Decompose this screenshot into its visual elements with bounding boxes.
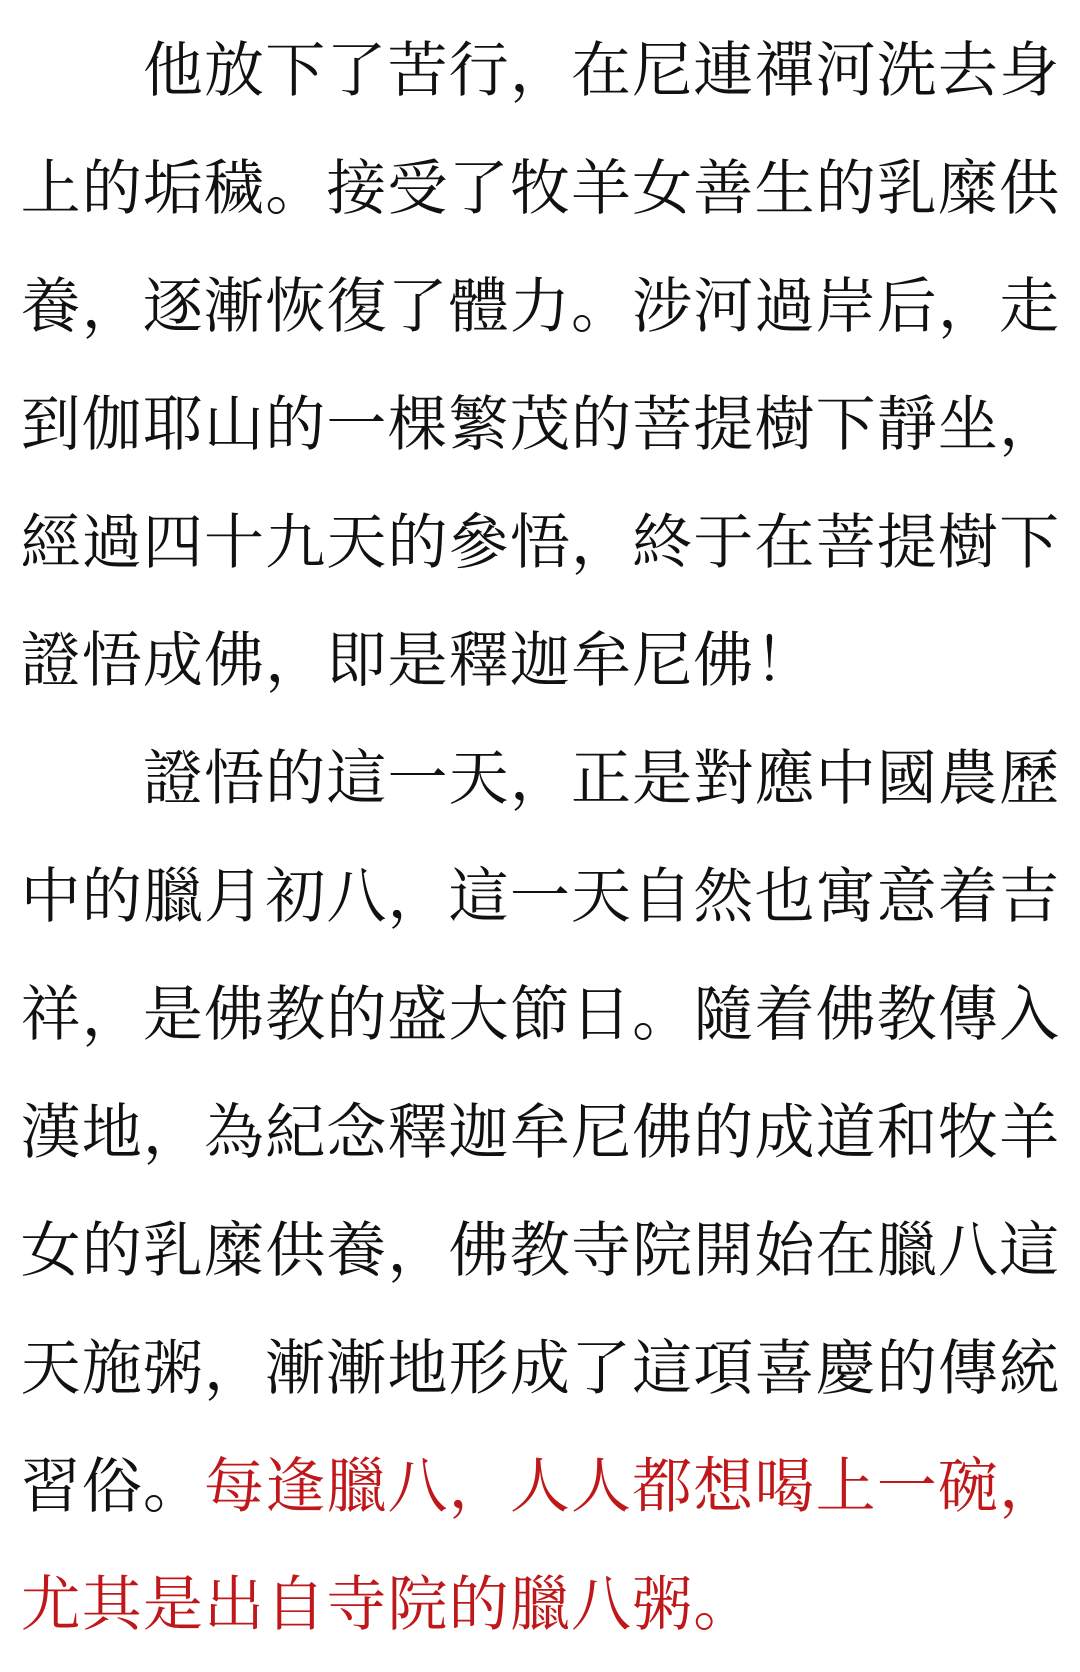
char: 。 <box>570 277 631 337</box>
char: 生 <box>754 159 815 219</box>
char: 出 <box>203 1575 264 1635</box>
char: 地 <box>81 1103 142 1163</box>
char: 了 <box>570 1339 631 1399</box>
char: 教 <box>509 1221 570 1281</box>
char: 的 <box>326 985 387 1045</box>
char: 迦 <box>448 1103 509 1163</box>
char: 終 <box>632 513 693 573</box>
indent-space <box>20 41 81 101</box>
char: 和 <box>876 1103 937 1163</box>
char: 佛 <box>632 1103 693 1163</box>
char: 行 <box>448 41 509 101</box>
document-page: 他放下了苦行，在尼連禪河洗去身上的垢穢。接受了牧羊女善生的乳糜供養，逐漸恢復了體… <box>0 0 1080 1672</box>
char: 臘 <box>876 1221 937 1281</box>
char: 應 <box>754 749 815 809</box>
char: 國 <box>876 749 937 809</box>
char: 體 <box>448 277 509 337</box>
char: 善 <box>693 159 754 219</box>
char: 傳 <box>937 1339 998 1399</box>
char: 天 <box>570 867 631 927</box>
char: 牟 <box>570 631 631 691</box>
char: 教 <box>265 985 326 1045</box>
char: 。 <box>632 985 693 1045</box>
char: ， <box>265 631 326 691</box>
char: 是 <box>142 985 203 1045</box>
char: 尼 <box>570 1103 631 1163</box>
char: 牧 <box>509 159 570 219</box>
char: 對 <box>693 749 754 809</box>
char: 自 <box>265 1575 326 1635</box>
char: 身 <box>999 41 1060 101</box>
char: 地 <box>387 1339 448 1399</box>
char: 成 <box>142 631 203 691</box>
char: 走 <box>999 277 1060 337</box>
char: 是 <box>142 1575 203 1635</box>
char: 粥 <box>142 1339 203 1399</box>
char: 菩 <box>632 395 693 455</box>
char: ， <box>448 1457 509 1517</box>
char: 都 <box>632 1457 693 1517</box>
char: 河 <box>693 277 754 337</box>
char: 九 <box>265 513 326 573</box>
char: 供 <box>265 1221 326 1281</box>
char: 碗 <box>937 1457 998 1517</box>
char: 這 <box>999 1221 1060 1281</box>
char: 喜 <box>754 1339 815 1399</box>
char: 河 <box>815 41 876 101</box>
char: 穢 <box>203 159 264 219</box>
char: 這 <box>632 1339 693 1399</box>
char: 盛 <box>387 985 448 1045</box>
char: 他 <box>142 41 203 101</box>
char: 着 <box>937 867 998 927</box>
text-line: 女的乳糜供養，佛教寺院開始在臘八這 <box>20 1192 1060 1310</box>
char: 菩 <box>815 513 876 573</box>
char: 佛 <box>203 631 264 691</box>
char: 在 <box>754 513 815 573</box>
char: 漢 <box>20 1103 81 1163</box>
char: 俗 <box>81 1457 142 1517</box>
char: 的 <box>876 1339 937 1399</box>
char: 隨 <box>693 985 754 1045</box>
char: 四 <box>142 513 203 573</box>
char: 八 <box>326 867 387 927</box>
char: 佛 <box>203 985 264 1045</box>
char: 日 <box>570 985 631 1045</box>
char: 歷 <box>999 749 1060 809</box>
char: 天 <box>326 513 387 573</box>
char: 統 <box>999 1339 1060 1399</box>
char: 自 <box>632 867 693 927</box>
char: 祥 <box>20 985 81 1045</box>
char: 洗 <box>876 41 937 101</box>
char: 供 <box>999 159 1060 219</box>
char: 臘 <box>509 1575 570 1635</box>
char: 女 <box>20 1221 81 1281</box>
char: 岸 <box>815 277 876 337</box>
char: 漸 <box>326 1339 387 1399</box>
char: 月 <box>203 867 264 927</box>
char: 提 <box>693 395 754 455</box>
char: 了 <box>387 277 448 337</box>
char: 八 <box>387 1457 448 1517</box>
char: 乳 <box>142 1221 203 1281</box>
char: 道 <box>815 1103 876 1163</box>
text-line: 漢地，為紀念釋迦牟尼佛的成道和牧羊 <box>20 1074 1060 1192</box>
char: 項 <box>693 1339 754 1399</box>
char: 的 <box>81 1221 142 1281</box>
char: 着 <box>754 985 815 1045</box>
char: 牟 <box>509 1103 570 1163</box>
char: 意 <box>876 867 937 927</box>
char: 的 <box>815 159 876 219</box>
char: ， <box>387 867 448 927</box>
char: 佛 <box>693 631 754 691</box>
indent-space <box>20 749 81 809</box>
text-line: 他放下了苦行，在尼連禪河洗去身 <box>20 12 1060 130</box>
char: 始 <box>754 1221 815 1281</box>
char: ， <box>142 1103 203 1163</box>
char: 一 <box>387 749 448 809</box>
char: 乳 <box>876 159 937 219</box>
char: 到 <box>20 395 81 455</box>
char: 經 <box>20 513 81 573</box>
char: 寺 <box>326 1575 387 1635</box>
char: 羊 <box>570 159 631 219</box>
char: 釋 <box>387 1103 448 1163</box>
char: 一 <box>876 1457 937 1517</box>
char: 參 <box>448 513 509 573</box>
char: 漸 <box>265 1339 326 1399</box>
char: 一 <box>326 395 387 455</box>
char: 中 <box>20 867 81 927</box>
text-line: 習俗。每逢臘八，人人都想喝上一碗， <box>20 1428 1060 1546</box>
char: ， <box>570 513 631 573</box>
char: 放 <box>203 41 264 101</box>
char: 悟 <box>203 749 264 809</box>
char: 人 <box>570 1457 631 1517</box>
char: 尼 <box>632 41 693 101</box>
char: 養 <box>326 1221 387 1281</box>
text-line: 經過四十九天的參悟，終于在菩提樹下 <box>20 484 1060 602</box>
char: 初 <box>265 867 326 927</box>
char: 逢 <box>265 1457 326 1517</box>
char: 茂 <box>509 395 570 455</box>
char: 。 <box>142 1457 203 1517</box>
text-line: 中的臘月初八，這一天自然也寓意着吉 <box>20 838 1060 956</box>
char: 悟 <box>81 631 142 691</box>
char: 接 <box>326 159 387 219</box>
char: 釋 <box>448 631 509 691</box>
text-body: 他放下了苦行，在尼連禪河洗去身上的垢穢。接受了牧羊女善生的乳糜供養，逐漸恢復了體… <box>20 12 1060 1664</box>
char: 下 <box>265 41 326 101</box>
char: 正 <box>570 749 631 809</box>
char: 節 <box>509 985 570 1045</box>
char: 然 <box>693 867 754 927</box>
char: 力 <box>509 277 570 337</box>
text-line: 天施粥，漸漸地形成了這項喜慶的傳統 <box>20 1310 1060 1428</box>
char: 粥 <box>632 1575 693 1635</box>
char: 吉 <box>999 867 1060 927</box>
char: 在 <box>570 41 631 101</box>
char: ， <box>81 277 142 337</box>
char: 下 <box>999 513 1060 573</box>
indent-space <box>81 41 142 101</box>
char: 佛 <box>448 1221 509 1281</box>
char: 的 <box>265 395 326 455</box>
char: ， <box>999 395 1060 455</box>
char: 的 <box>693 1103 754 1163</box>
char: 的 <box>81 867 142 927</box>
char: 的 <box>387 513 448 573</box>
char: ， <box>937 277 998 337</box>
char: 樹 <box>937 513 998 573</box>
char: 。 <box>265 159 326 219</box>
char: 棵 <box>387 395 448 455</box>
char: 每 <box>203 1457 264 1517</box>
char: 提 <box>876 513 937 573</box>
char: 后 <box>876 277 937 337</box>
char: 過 <box>754 277 815 337</box>
char: 農 <box>937 749 998 809</box>
char: 這 <box>326 749 387 809</box>
char: 靜 <box>876 395 937 455</box>
char: 恢 <box>265 277 326 337</box>
char: 漸 <box>203 277 264 337</box>
char: 糜 <box>937 159 998 219</box>
char: 的 <box>448 1575 509 1635</box>
char: 的 <box>265 749 326 809</box>
char: ， <box>509 41 570 101</box>
char: 喝 <box>754 1457 815 1517</box>
text-line: 祥，是佛教的盛大節日。隨着佛教傳入 <box>20 956 1060 1074</box>
char: ， <box>81 985 142 1045</box>
char: 傳 <box>937 985 998 1045</box>
char: 尼 <box>632 631 693 691</box>
char: 養 <box>20 277 81 337</box>
char: 臘 <box>326 1457 387 1517</box>
char: 臘 <box>142 867 203 927</box>
char: 這 <box>448 867 509 927</box>
char: 八 <box>570 1575 631 1635</box>
char: 即 <box>326 631 387 691</box>
char: 紀 <box>265 1103 326 1163</box>
text-line: 養，逐漸恢復了體力。涉河過岸后，走 <box>20 248 1060 366</box>
char: 樹 <box>754 395 815 455</box>
indent-space <box>81 749 142 809</box>
char: 成 <box>754 1103 815 1163</box>
char: 逐 <box>142 277 203 337</box>
char: 開 <box>693 1221 754 1281</box>
char: 的 <box>81 159 142 219</box>
char: 尤 <box>20 1575 81 1635</box>
char: 院 <box>387 1575 448 1635</box>
char: 入 <box>999 985 1060 1045</box>
text-line: 證悟成佛，即是釋迦牟尼佛！ <box>20 602 1060 720</box>
char: 天 <box>20 1339 81 1399</box>
char: 上 <box>20 159 81 219</box>
char: 八 <box>937 1221 998 1281</box>
char: 悟 <box>509 513 570 573</box>
char: 垢 <box>142 159 203 219</box>
char: 佛 <box>815 985 876 1045</box>
char: ！ <box>754 631 815 691</box>
char: 也 <box>754 867 815 927</box>
char: 去 <box>937 41 998 101</box>
text-line: 證悟的這一天，正是對應中國農歷 <box>20 720 1060 838</box>
char: 慶 <box>815 1339 876 1399</box>
char: ， <box>387 1221 448 1281</box>
char: 形 <box>448 1339 509 1399</box>
char: ， <box>203 1339 264 1399</box>
char: 天 <box>448 749 509 809</box>
char: 十 <box>203 513 264 573</box>
char: 院 <box>632 1221 693 1281</box>
char: 為 <box>203 1103 264 1163</box>
char: 大 <box>448 985 509 1045</box>
char: 坐 <box>937 395 998 455</box>
text-line: 尤其是出自寺院的臘八粥。 <box>20 1546 1060 1664</box>
char: 耶 <box>142 395 203 455</box>
char: 羊 <box>999 1103 1060 1163</box>
char: 涉 <box>632 277 693 337</box>
char: 一 <box>509 867 570 927</box>
char: 伽 <box>81 395 142 455</box>
char: 過 <box>81 513 142 573</box>
char: 想 <box>693 1457 754 1517</box>
char: 證 <box>142 749 203 809</box>
char: 繁 <box>448 395 509 455</box>
char: 中 <box>815 749 876 809</box>
char: 山 <box>203 395 264 455</box>
char: 了 <box>448 159 509 219</box>
char: 其 <box>81 1575 142 1635</box>
char: 女 <box>632 159 693 219</box>
char: ， <box>999 1457 1060 1517</box>
char: 上 <box>815 1457 876 1517</box>
char: 成 <box>509 1339 570 1399</box>
char: 于 <box>693 513 754 573</box>
char: 在 <box>815 1221 876 1281</box>
char: 是 <box>387 631 448 691</box>
char: 連 <box>693 41 754 101</box>
char: 迦 <box>509 631 570 691</box>
char: 教 <box>876 985 937 1045</box>
text-line: 到伽耶山的一棵繁茂的菩提樹下靜坐， <box>20 366 1060 484</box>
char: 禪 <box>754 41 815 101</box>
char: 寓 <box>815 867 876 927</box>
char: 的 <box>570 395 631 455</box>
char: 糜 <box>203 1221 264 1281</box>
char: 施 <box>81 1339 142 1399</box>
char: 習 <box>20 1457 81 1517</box>
text-line: 上的垢穢。接受了牧羊女善生的乳糜供 <box>20 130 1060 248</box>
char: 下 <box>815 395 876 455</box>
char: 。 <box>693 1575 754 1635</box>
char: 人 <box>509 1457 570 1517</box>
char: 苦 <box>387 41 448 101</box>
char: 了 <box>326 41 387 101</box>
char: 寺 <box>570 1221 631 1281</box>
char: 證 <box>20 631 81 691</box>
char: 復 <box>326 277 387 337</box>
char: 牧 <box>937 1103 998 1163</box>
char: 受 <box>387 159 448 219</box>
char: 念 <box>326 1103 387 1163</box>
char: ， <box>509 749 570 809</box>
char: 是 <box>632 749 693 809</box>
